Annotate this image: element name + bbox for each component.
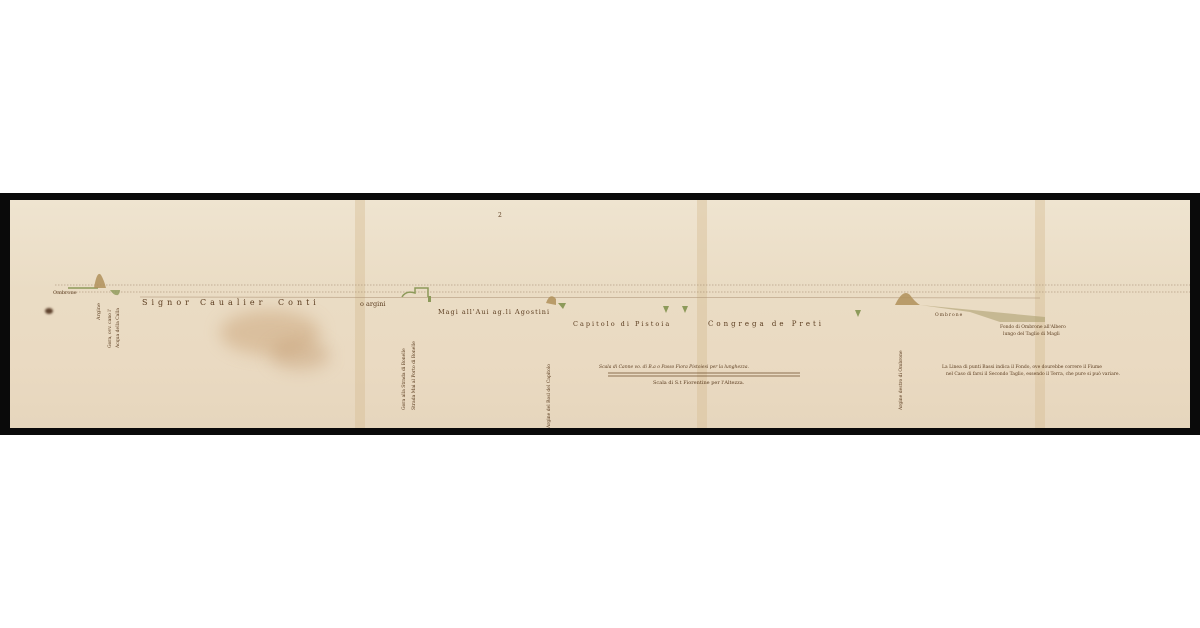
label-river-left: Ombrone bbox=[53, 290, 77, 296]
label-gora-strada: Gora alla Strada di Bonelle bbox=[402, 348, 407, 410]
label-river-right: Ombrone bbox=[935, 313, 963, 318]
label-argine-left-note-1: Gora, ovv. cano l' bbox=[108, 309, 113, 348]
label-argine-left: Argine bbox=[96, 303, 102, 320]
label-argine-left-note-2: Acqua della Calla bbox=[116, 308, 121, 348]
label-fondo-1: Fondo di Ombrone all'Albero bbox=[1000, 325, 1066, 330]
note-line-1: La Linea di punti Bassi indica il Fondo,… bbox=[942, 365, 1102, 370]
label-fondo-2: lungo del Taglio di Magli bbox=[1003, 332, 1060, 337]
owner-signor: Signor bbox=[142, 298, 193, 307]
label-argine-destro: Argine destro di Ombrone bbox=[899, 350, 904, 410]
scale-length-caption: Scala di Canne vo. di B.a o Passo Fiora … bbox=[599, 365, 749, 370]
owner-caualier: Caualier bbox=[200, 298, 267, 307]
owner-conti: Conti bbox=[278, 298, 320, 307]
owner-congrega-preti: Congrega de Preti bbox=[708, 320, 824, 328]
manuscript-sheet: 2 Ombrone Argine Gora, ovv. cano l' Acqu… bbox=[10, 200, 1190, 428]
scale-height-caption: Scala di S.t Fiorentine per l'Altezza. bbox=[653, 380, 744, 386]
label-strada-mai: Strada Mai al Porto di Bonelle bbox=[412, 341, 417, 410]
label-argini: o argini bbox=[360, 300, 385, 308]
owner-magi: Magi all'Aui ag.li Agostini bbox=[438, 308, 550, 316]
note-line-2: nel Caso di farsi il Secondo Taglio, ess… bbox=[946, 372, 1120, 377]
label-argine-capitolo: Argine del Rosl del Capitolo bbox=[547, 364, 552, 428]
owner-capitolo-pistoia: Capitolo di Pistoia bbox=[573, 320, 671, 328]
page-number: 2 bbox=[498, 212, 502, 219]
river-profile-drawing bbox=[10, 200, 1190, 428]
